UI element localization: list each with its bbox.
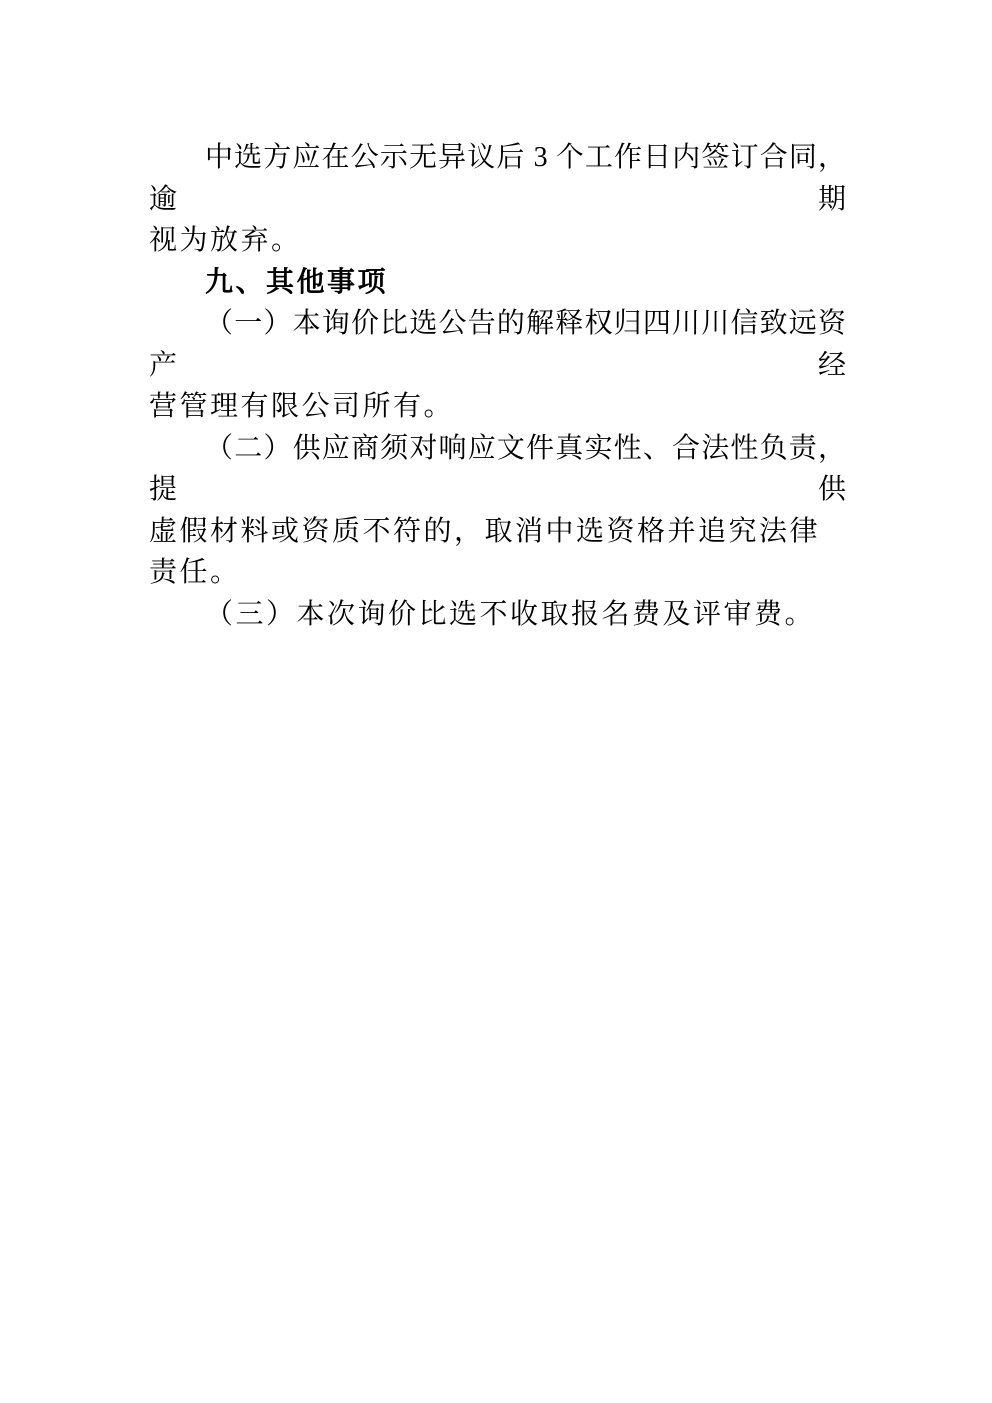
text-line: 视为放弃。 (149, 220, 846, 262)
heading-section-nine: 九、其他事项 (149, 262, 846, 304)
text-line: （二）供应商须对响应文件真实性、合法性负责，提供 (149, 428, 846, 511)
text-line: （三）本次询价比选不收取报名费及评审费。 (149, 594, 846, 636)
document-content: 中选方应在公示无异议后 3 个工作日内签订合同，逾期视为放弃。九、其他事项（一）… (149, 137, 846, 635)
section-heading-line: 九、其他事项 (149, 262, 846, 304)
paragraph-item-two: （二）供应商须对响应文件真实性、合法性负责，提供虚假材料或资质不符的，取消中选资… (149, 428, 846, 594)
paragraph-item-one: （一）本询价比选公告的解释权归四川川信致远资产经营管理有限公司所有。 (149, 303, 846, 428)
paragraph-contract-signing: 中选方应在公示无异议后 3 个工作日内签订合同，逾期视为放弃。 (149, 137, 846, 262)
text-line: 中选方应在公示无异议后 3 个工作日内签订合同，逾期 (149, 137, 846, 220)
text-line: 虚假材料或资质不符的，取消中选资格并追究法律责任。 (149, 511, 846, 594)
text-line: 营管理有限公司所有。 (149, 386, 846, 428)
text-line: （一）本询价比选公告的解释权归四川川信致远资产经 (149, 303, 846, 386)
paragraph-item-three: （三）本次询价比选不收取报名费及评审费。 (149, 594, 846, 636)
document-page: 中选方应在公示无异议后 3 个工作日内签订合同，逾期视为放弃。九、其他事项（一）… (0, 0, 992, 1403)
